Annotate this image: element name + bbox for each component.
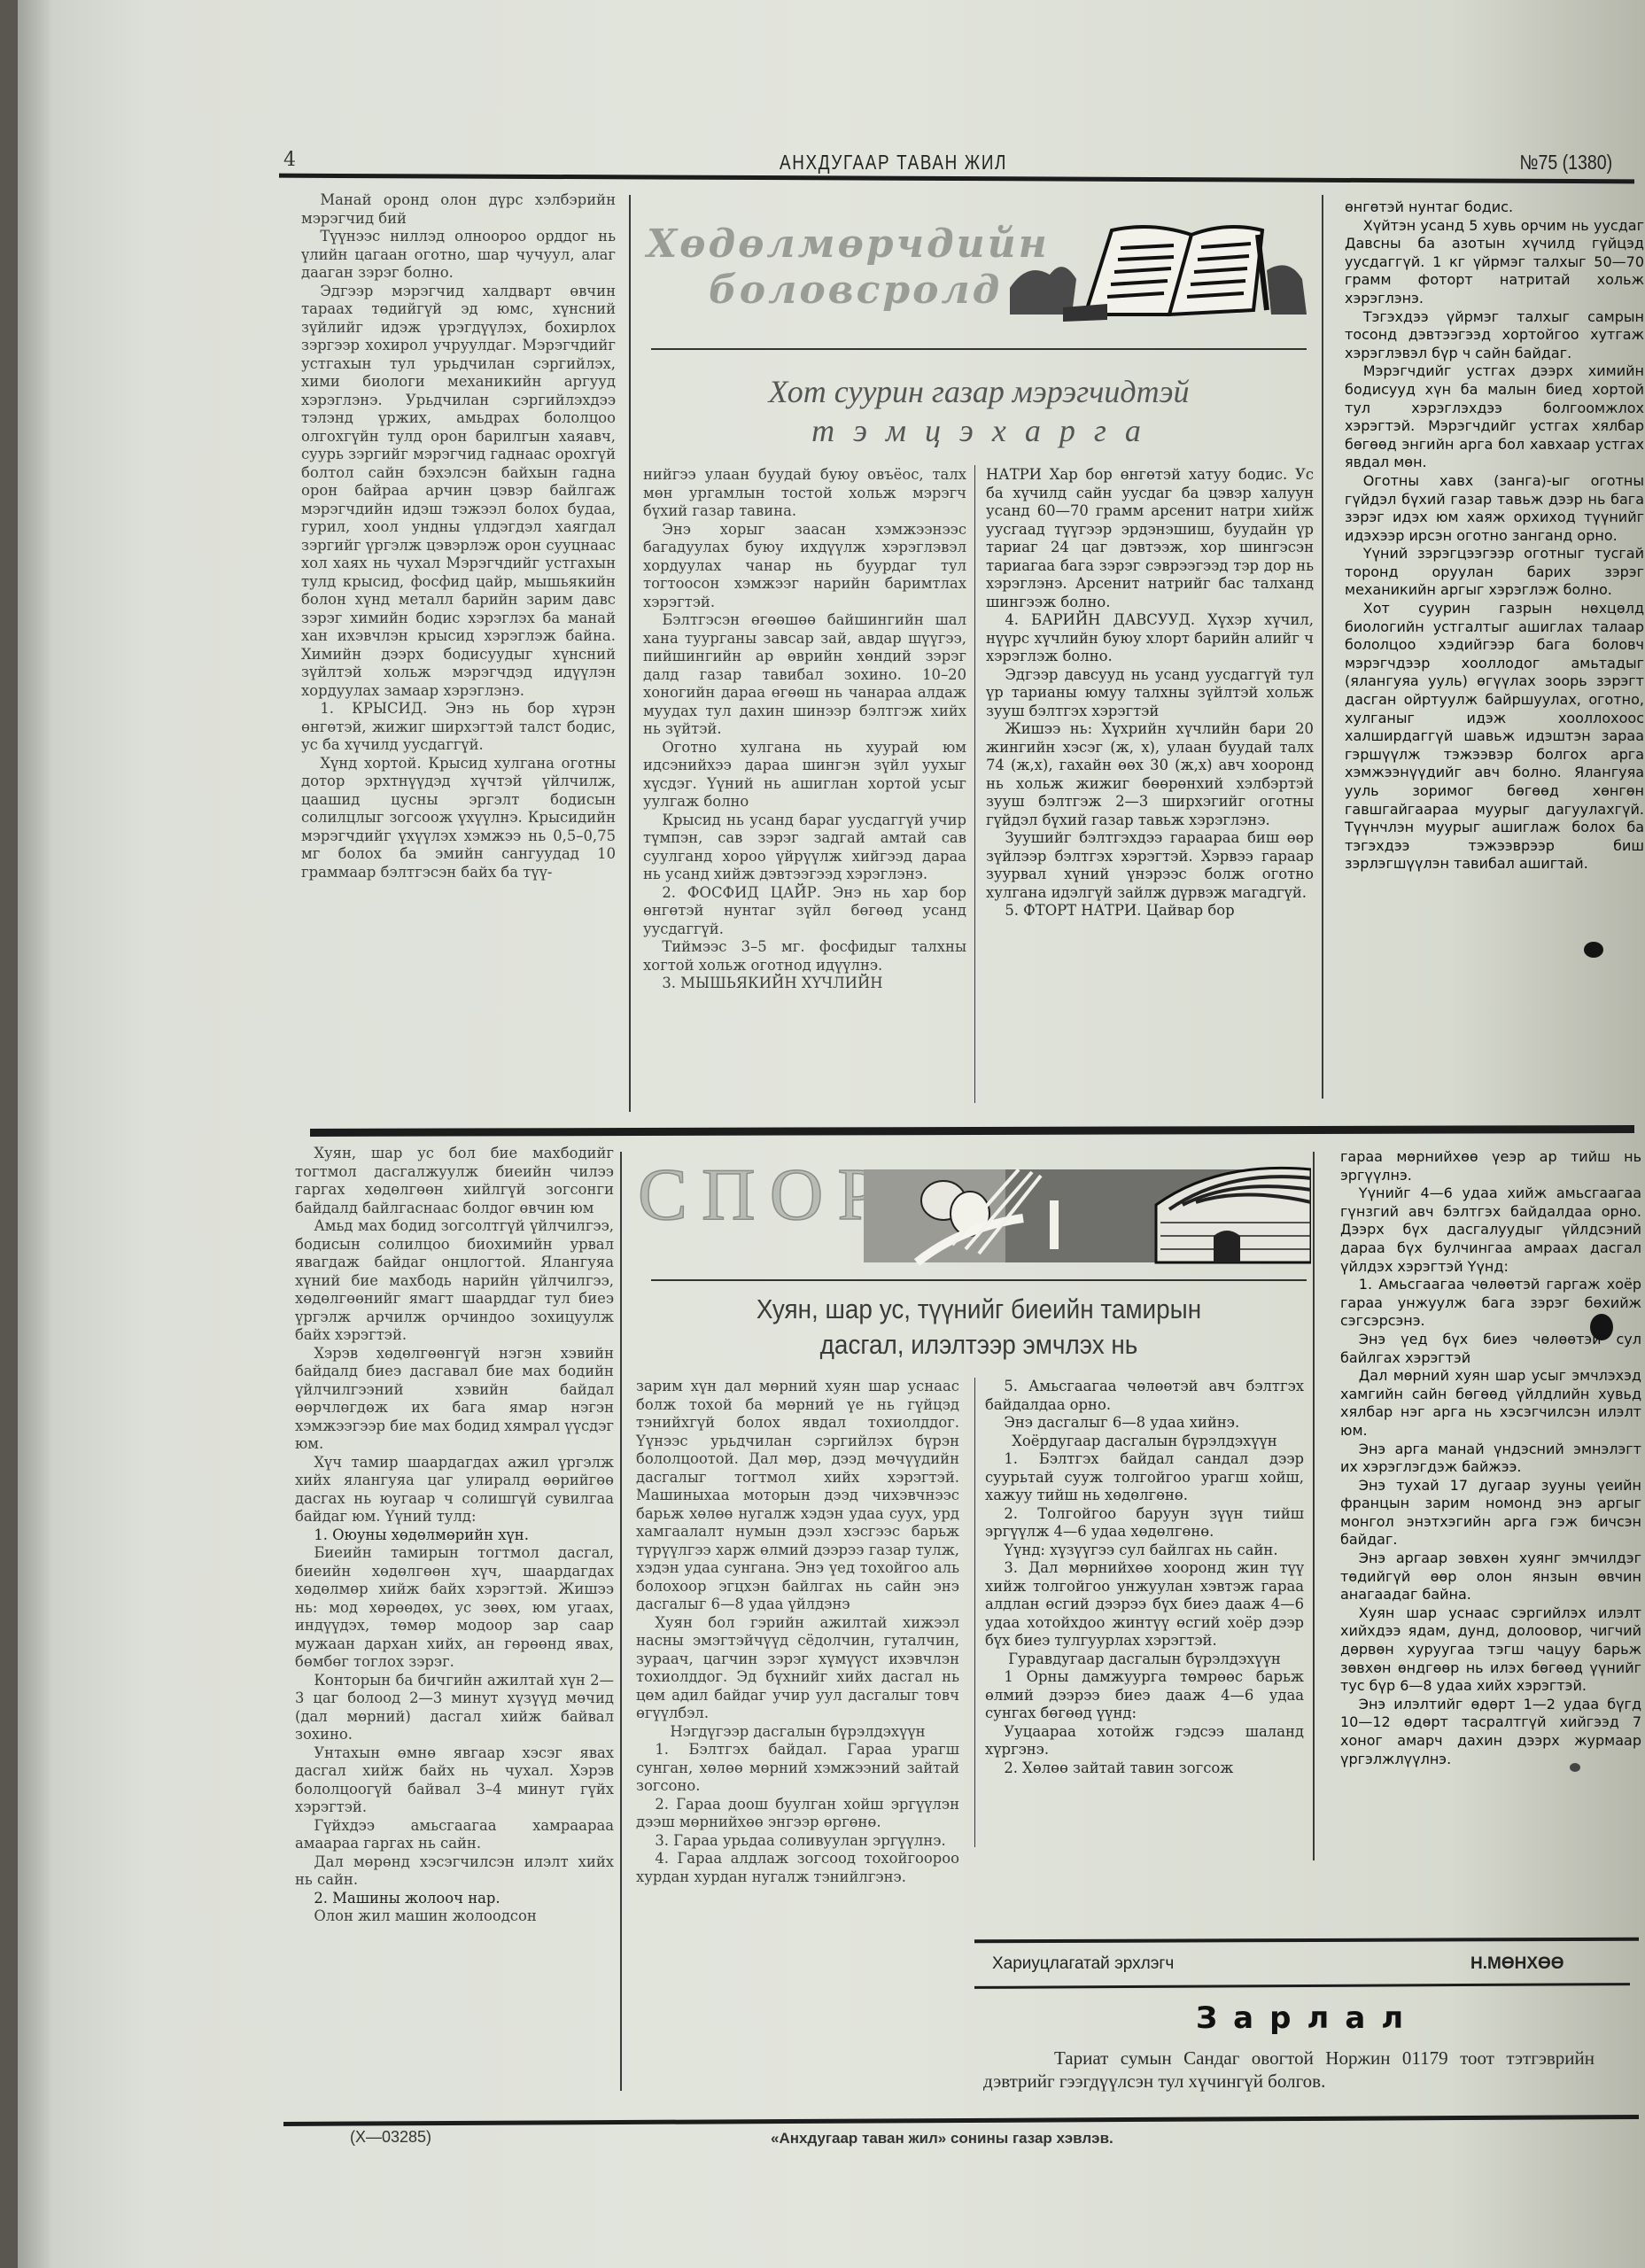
paper-damage	[1584, 942, 1603, 958]
paragraph: Биеийн тамирын тогтмол дасгал, биеийн хө…	[295, 1544, 614, 1672]
paragraph: Тиймээс 3–5 мг. фосфидыг талхны хогтой х…	[643, 938, 966, 975]
heading-line: боловсролд	[647, 268, 1019, 314]
paragraph: 2. Машины жолооч нар.	[295, 1890, 614, 1908]
paragraph: 2. Гараа доош буулган хойш эргүүлэн дээш…	[636, 1796, 959, 1832]
column-divider	[974, 465, 975, 1103]
paragraph: Энэ илэлтийг өдөрт 1—2 удаа бүгд 10—12 ө…	[1340, 1696, 1641, 1768]
paragraph: өнгөтэй нунтаг бодис.	[1345, 198, 1644, 217]
paragraph: Крысид нь усанд бараг уусдаггүй учир түм…	[643, 812, 966, 884]
paragraph: 2. ФОСФИД ЦАЙР. Энэ нь хар бор өнгөтэй н…	[643, 884, 966, 939]
paragraph: Бэлтгэсэн өгөөшөө байшингийн шал хана ту…	[643, 611, 966, 739]
page-number: 4	[283, 149, 296, 171]
paragraph: Амьд мах бодид зогсолтгүй үйлчилгээ, бод…	[295, 1217, 614, 1345]
sport-heading-rule	[651, 1279, 1307, 1281]
paragraph: 3. Дал мөрнийхөө хооронд жин түү хийж то…	[985, 1559, 1304, 1651]
paragraph: Үүнд: хүзүүгээ сул байлгах нь сайн.	[985, 1542, 1304, 1560]
paragraph: Оготны хавх (занга)-ыг оготны гүйдэл бүх…	[1345, 472, 1644, 545]
paragraph: гараа мөрнийхөө үеэр ар тийш нь эргүүлнэ…	[1340, 1148, 1641, 1184]
footer-rule	[283, 2115, 1639, 2126]
announcement-title: Зарлал	[1196, 2000, 1419, 2036]
column-divider	[974, 1378, 975, 1847]
paragraph: 1 Орны дамжуурга төмрөөс барьж өлмий дээ…	[985, 1668, 1304, 1723]
paragraph: Хуян бол гэрийн ажилтай хижээл насны эмэ…	[636, 1614, 959, 1723]
paragraph: 3. Гараа урьдаа соливуулан эргүүлнэ.	[636, 1832, 959, 1851]
paragraph: 1. КРЫСИД. Энэ нь бор хүрэн өнгөтэй, жиж…	[301, 700, 616, 755]
paragraph: Гүйхдээ амьсгаагаа хамраараа амаараа гар…	[295, 1817, 614, 1853]
paragraph: Дал мөрөнд хэсэгчилсэн илэлт хийх нь сай…	[295, 1853, 614, 1890]
paragraph: Зуушийг бэлтгэхдээ гараараа биш өөр зүйл…	[986, 829, 1314, 902]
order-code: (Х—03285)	[350, 2128, 431, 2147]
sport-article-title: Хуян, шар ус, түүнийг биеийн тамирын дас…	[664, 1292, 1294, 1363]
paragraph: Конторын ба бичгийн ажилтай хүн 2—3 цаг …	[295, 1672, 614, 1744]
paragraph: Энэ хорыг заасан хэмжээнээс багадуулах б…	[643, 521, 966, 612]
paragraph: Жишээ нь: Хүхрийн хүчлийн бари 20 жингий…	[986, 720, 1314, 829]
education-column-4: өнгөтэй нунтаг бодис. Хүйтэн усанд 5 хув…	[1345, 198, 1644, 874]
subheading: Нэгдүгээр дасгалын бүрэлдэхүүн	[636, 1723, 959, 1742]
paragraph: Оготно хулгана нь хуурай юм идсэнийхээ д…	[643, 739, 966, 812]
title-line: Хот суурин газар мэрэгчидтэй	[638, 372, 1320, 411]
paragraph: Хэрэв хөдөлгөөнгүй нэгэн хэвийн байдалд …	[295, 1345, 614, 1454]
paragraph: Хот суурин газрын нөхцөлд биологийн устг…	[1345, 600, 1644, 874]
paragraph: 1. Бэлтгэх байдал сандал дээр суурьтай с…	[985, 1450, 1304, 1505]
open-book-icon	[1001, 208, 1311, 328]
education-section-heading: Хөдөлмөрчдийн боловсролд	[647, 221, 1019, 314]
paragraph: Хүч тамир шаардагдах ажил үргэлж хийх ял…	[295, 1454, 614, 1526]
paragraph: Үүний зэрэгцээгээр оготныг тусгай торонд…	[1345, 545, 1644, 600]
education-column-1: Манай оронд олон дүрс хэлбэрийн мэрэгчид…	[301, 191, 616, 882]
paragraph: Энэ тухай 17 дугаар зууны үеийн францын …	[1340, 1477, 1641, 1550]
paragraph: Дал мөрний хуян шар усыг эмчлэхэд хамгий…	[1340, 1367, 1641, 1440]
paragraph: зарим хүн дал мөрний хуян шар уснаас бол…	[636, 1378, 959, 1614]
paragraph: Манай оронд олон дүрс хэлбэрийн мэрэгчид…	[301, 191, 616, 228]
paragraph: Хүнд хортой. Крысид хулгана оготны дотор…	[301, 755, 616, 882]
sport-column-2: зарим хүн дал мөрний хуян шар уснаас бол…	[636, 1378, 959, 1886]
sport-column-1: Хуян, шар ус бол бие махбодийг тогтмол д…	[295, 1145, 614, 1926]
column-divider	[620, 1152, 622, 2091]
subheading: Хоёрдугаар дасгалын бүрэлдэхүүн	[985, 1433, 1304, 1451]
paragraph: 4. Гараа алдлаж зогсоод тохойгоороо хурд…	[636, 1850, 959, 1886]
editor-bottom-rule	[974, 1983, 1630, 1989]
issue-number: №75 (1380)	[1519, 151, 1612, 175]
paragraph: 1. Оюуны хөдөлмөрийн хүн.	[295, 1526, 614, 1545]
paragraph: 2. Хөлөө зайтай тавин зогсож	[985, 1759, 1304, 1778]
column-divider	[1313, 1152, 1315, 1860]
paper-damage	[1590, 1314, 1613, 1340]
education-column-2: нийгээ улаан буудай буюу овъёос, талх мө…	[643, 466, 966, 993]
sport-column-4: гараа мөрнийхөө үеэр ар тийш нь эргүүлнэ…	[1340, 1148, 1641, 1768]
title-line: дасгал, илэлтээр эмчлэх нь	[664, 1327, 1294, 1363]
paragraph: 2. Толгойгоо баруун зүүн тийш эргүүлж 4—…	[985, 1505, 1304, 1542]
paragraph: 5. Амьсгаагаа чөлөөтэй авч бэлтгэх байда…	[985, 1378, 1304, 1414]
paragraph: Эдгээр мэрэгчид халдварт өвчин тараах тө…	[301, 283, 616, 701]
paragraph: Түүнээс ниллэд олноороо орддог нь үлийн …	[301, 228, 616, 283]
title-line: т э м ц э х а р г а	[638, 411, 1320, 450]
subheading: Гуравдугаар дасгалын бүрэлдэхүүн	[985, 1651, 1304, 1669]
editor-top-rule	[974, 1938, 1639, 1944]
paragraph: 1. Бэлтгэх байдал. Гараа урагш сунган, х…	[636, 1741, 959, 1796]
paragraph: Ууцаараа хотойж гэдсээ шаланд хүргэнэ.	[985, 1723, 1304, 1759]
education-column-3: НАТРИ Хар бор өнгөтэй хатуу бодис. Ус ба…	[986, 466, 1314, 920]
section-divider-rule	[310, 1125, 1634, 1137]
paragraph: Үүнийг 4—6 удаа хийж амьсгаагаа гүнзгий …	[1340, 1184, 1641, 1276]
paragraph: 4. БАРИЙН ДАВСУУД. Хүхэр хүчил, нүүрс хү…	[986, 611, 1314, 666]
paragraph: Энэ дасгалыг 6—8 удаа хийнэ.	[985, 1414, 1304, 1433]
paragraph: НАТРИ Хар бор өнгөтэй хатуу бодис. Ус ба…	[986, 466, 1314, 611]
column-divider	[629, 195, 631, 1112]
paragraph: Мэрэгчдийг устгах дээрх химийн бодисууд …	[1345, 362, 1644, 472]
newspaper-page: 4 АНХДУГААР ТАВАН ЖИЛ №75 (1380) Манай о…	[18, 0, 1645, 2268]
paragraph: Олон жил машин жолоодсон	[295, 1907, 614, 1926]
paragraph: Тэгэхдээ үйрмэг талхыг самрын тосонд дэв…	[1345, 308, 1644, 363]
paragraph: 5. ФТОРТ НАТРИ. Цайвар бор	[986, 902, 1314, 920]
announcement-body: Тариат сумын Сандаг овогтой Норжин 01179…	[983, 2047, 1595, 2093]
paragraph: Энэ арга манай үндэсний эмнэлэгт их хэрэ…	[1340, 1441, 1641, 1477]
column-divider	[1322, 195, 1323, 1099]
paragraph: Хуян шар уснаас сэргийлэх илэлт хийхдээ …	[1340, 1604, 1641, 1696]
editor-label: Хариуцлагатай эрхлэгч	[992, 1954, 1174, 1974]
heading-line: Хөдөлмөрчдийн	[647, 221, 1019, 268]
sport-archery-stadium-icon	[864, 1165, 1311, 1267]
paragraph: Унтахын өмнө явгаар хэсэг явах дасгал хи…	[295, 1744, 614, 1817]
paragraph: Хүйтэн усанд 5 хувь орчим нь уусдаг Давс…	[1345, 217, 1644, 308]
paragraph: Энэ аргаар зөвхөн хуянг эмчилдэг төдийгү…	[1340, 1550, 1641, 1604]
paragraph: нийгээ улаан буудай буюу овъёос, талх мө…	[643, 466, 966, 521]
paragraph: Хуян, шар ус бол бие махбодийг тогтмол д…	[295, 1145, 614, 1217]
title-line: Хуян, шар ус, түүнийг биеийн тамирын	[664, 1292, 1294, 1327]
education-article-title: Хот суурин газар мэрэгчидтэй т э м ц э х…	[638, 372, 1320, 450]
newspaper-title: АНХДУГААР ТАВАН ЖИЛ	[780, 151, 1007, 175]
sport-column-3: 5. Амьсгаагаа чөлөөтэй авч бэлтгэх байда…	[985, 1378, 1304, 1777]
paper-damage	[1570, 1763, 1580, 1772]
printer-imprint: «Анхдугаар таван жил» сонины газар хэвлэ…	[771, 2130, 1113, 2148]
paragraph: Эдгээр давсууд нь усанд уусдаггүй тул үр…	[986, 666, 1314, 721]
masthead: 4 АНХДУГААР ТАВАН ЖИЛ №75 (1380)	[283, 149, 1612, 175]
editor-name: Н.МӨНХӨӨ	[1470, 1954, 1564, 1974]
education-heading-rule	[651, 348, 1307, 350]
paragraph: 3. МЫШЬЯКИЙН ХҮЧЛИЙН	[643, 975, 966, 993]
